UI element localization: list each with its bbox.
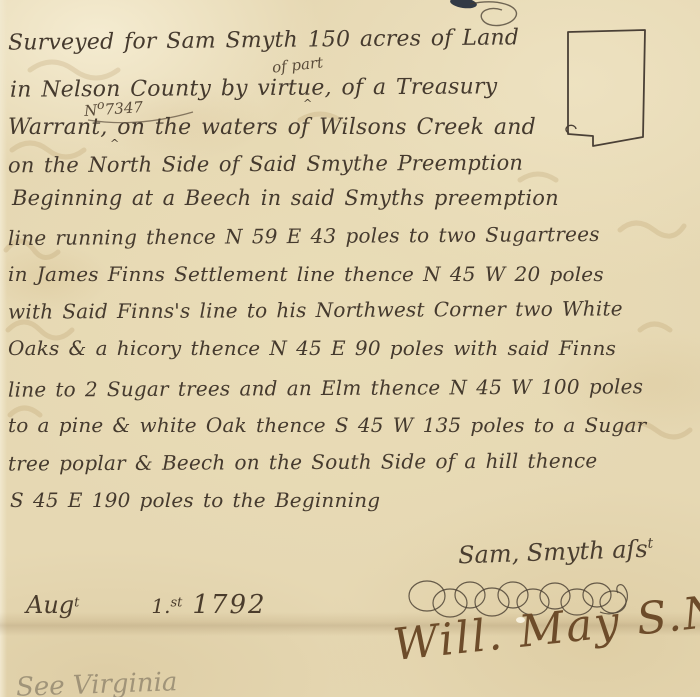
plat-drawing xyxy=(550,16,660,161)
manuscript-page: Surveyed for Sam Smyth 150 acres of Land… xyxy=(0,0,700,697)
manuscript-line: Beginning at a Beech in said Smyths pree… xyxy=(12,186,559,210)
manuscript-line: Warrant, on the waters of Wilsons Creek … xyxy=(8,115,536,140)
date-day-superscript: st xyxy=(170,596,182,611)
manuscript-line: S 45 E 190 poles to the Beginning xyxy=(10,488,380,512)
manuscript-line: with Said Finns's line to his Northwest … xyxy=(8,296,623,323)
assignee-superscript: t xyxy=(647,536,653,552)
manuscript-line: Oaks & a hicory thence N 45 E 90 poles w… xyxy=(8,336,616,360)
manuscript-line: on the North Side of Said Smythe Preempt… xyxy=(8,151,523,178)
insertion-caret: ^ xyxy=(110,137,119,150)
bottom-fragment: See Virginia xyxy=(16,667,178,697)
manuscript-line: Surveyed for Sam Smyth 150 acres of Land xyxy=(8,25,519,55)
manuscript-line: line to 2 Sugar trees and an Elm thence … xyxy=(8,374,643,401)
manuscript-line: to a pine & white Oak thence S 45 W 135 … xyxy=(8,413,646,437)
date-month-superscript: t xyxy=(74,596,79,611)
manuscript-line: in James Finns Settlement line thence N … xyxy=(8,262,604,286)
insertion-caret: ^ xyxy=(303,97,312,110)
manuscript-line: line running thence N 59 E 43 poles to t… xyxy=(8,222,600,250)
manuscript-line: tree poplar & Beech on the South Side of… xyxy=(8,448,597,475)
